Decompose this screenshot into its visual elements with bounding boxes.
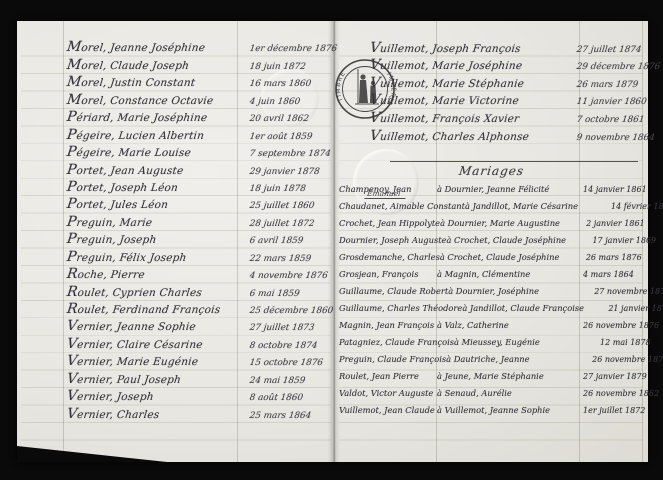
person-name: Preguin, Joseph (66, 231, 158, 247)
person-name: Portet, Jean Auguste (66, 162, 184, 178)
person-name: Roche, Pierre (66, 266, 146, 282)
groom-name: Patagniez, Claude François (339, 337, 454, 347)
person-name: Vernier, Claire Césarine (66, 336, 204, 352)
bride-name: à Senaud, Aurélie (437, 388, 512, 398)
person-name: Vuillemot, Joseph François (369, 40, 522, 56)
bride-name: à Jeune, Marie Stéphanie (437, 371, 544, 381)
record-date: 16 mars 1860 (249, 79, 312, 89)
marriage-records-list: Champenoy, Jean Emanuel à Dournier, Jean… (339, 181, 645, 419)
bride-name: à Vuillemot, Jeanne Sophie (437, 405, 550, 415)
marriage-date: 26 novembre 1876 (583, 321, 659, 330)
marriage-date: 4 mars 1864 (583, 270, 634, 279)
marriage-date: 26 novembre 1862 (583, 389, 659, 398)
marriage-date: 27 janvier 1879 (583, 372, 647, 381)
record-date: 6 avril 1859 (249, 236, 304, 246)
left-margin-rule (63, 21, 64, 462)
scan-corner-shadow (17, 446, 167, 462)
groom-name: Valdot, Victor Auguste (339, 388, 433, 398)
record-date: 7 octobre 1861 (576, 115, 645, 125)
record-date: 27 juillet 1874 (576, 45, 642, 55)
person-name: Roulet, Ferdinand François (66, 301, 221, 317)
vuillemot-records-list: Vuillemot, Joseph François 27 juillet 18… (369, 40, 645, 146)
record-row: Roulet, Cyprien Charles 6 mai 1859 (66, 284, 332, 301)
section-divider-line (390, 161, 638, 162)
person-name: Morel, Jeanne Joséphine (66, 39, 206, 55)
bride-name: à Magnin, Clémentine (437, 269, 530, 279)
marriage-row: Vuillemot, Jean Claude à Vuillemot, Jean… (339, 402, 645, 419)
marriage-date: 17 janvier 1869 (592, 236, 656, 245)
record-date: 8 octobre 1874 (249, 341, 318, 351)
record-date: 29 janvier 1878 (249, 167, 320, 177)
bride-name: à Dournier, Marie Augustine (440, 218, 560, 228)
record-row: Vuillemot, Charles Alphonse 9 novembre 1… (369, 128, 645, 146)
groom-name: Chaudanet, Aimable Constant (339, 201, 465, 211)
record-date: 8 août 1860 (249, 393, 304, 403)
groom-name: Preguin, Claude François (339, 354, 446, 364)
person-name: Pégeire, Lucien Albertin (66, 127, 205, 143)
person-name: Vuillemot, Charles Alphonse (369, 128, 530, 144)
groom-name: Guillaume, Claude Robert (339, 286, 448, 296)
bride-name: à Dournier, Joséphine (448, 286, 539, 296)
person-name: Pégeire, Marie Louise (66, 144, 192, 160)
record-date: 4 novembre 1876 (249, 271, 328, 281)
person-name: Preguin, Félix Joseph (66, 249, 188, 265)
record-date: 25 décembre 1860 (249, 306, 334, 316)
marriage-date: 12 mai 1878 (600, 338, 651, 347)
marriage-date: 1er juillet 1872 (583, 406, 645, 415)
bride-name: à Dournier, Jeanne Félicité (437, 184, 549, 194)
record-date: 20 avril 1862 (249, 114, 309, 124)
record-date: 11 janvier 1860 (576, 97, 647, 107)
record-date: 27 juillet 1873 (249, 323, 315, 333)
record-date: 1er août 1859 (249, 132, 313, 142)
record-date: 25 mars 1864 (249, 411, 312, 421)
record-date: 24 mai 1859 (249, 376, 306, 386)
groom-name: Magnin, Jean François (339, 320, 434, 330)
bride-name: à Jandillot, Marie Césarine (465, 201, 578, 211)
record-date: 26 mars 1879 (576, 80, 639, 90)
record-date: 15 octobre 1876 (249, 358, 324, 368)
record-date: 1er décembre 1876 (249, 44, 338, 54)
groom-name: Grosdemanche, Charles (339, 252, 440, 262)
person-name: Vernier, Paul Joseph (66, 371, 182, 387)
record-date: 25 juillet 1860 (249, 201, 315, 211)
groom-name: Roulet, Jean Pierre (339, 371, 419, 381)
bride-name: à Mieussey, Eugénie (454, 337, 540, 347)
person-name: Vernier, Marie Eugénie (66, 353, 199, 369)
marriage-date: 14 janvier 1861 (583, 185, 647, 194)
record-date: 4 juin 1860 (249, 97, 301, 107)
scanned-register-spread: Morel, Jeanne Joséphine 1er décembre 187… (0, 0, 663, 480)
person-name: Morel, Claude Joseph (66, 57, 190, 73)
marriage-date: 26 mars 1876 (586, 253, 642, 262)
person-name: Vuillemot, Marie Joséphine (369, 57, 523, 73)
marriage-date: 14 février 1862 (611, 202, 663, 211)
groom-name: Guillaume, Charles Théodore (339, 303, 462, 313)
person-name: Vernier, Jeanne Sophie (66, 318, 197, 334)
marriage-date: 2 janvier 1861 (586, 219, 645, 228)
record-date: 9 novembre 1864 (576, 133, 655, 143)
record-date: 29 décembre 1876 (576, 62, 661, 72)
record-date: 18 juin 1872 (249, 62, 306, 72)
record-date: 18 juin 1878 (249, 184, 306, 194)
bride-name: à Crochet, Claude Joséphine (446, 235, 566, 245)
record-date: 6 mai 1859 (249, 289, 300, 299)
person-name: Vuillemot, Marie Stéphanie (369, 75, 525, 91)
record-date: 28 juillet 1872 (249, 219, 315, 229)
person-name: Roulet, Cyprien Charles (66, 284, 203, 300)
groom-name: Grosjean, François (339, 269, 418, 279)
person-name: Vernier, Charles (66, 406, 160, 422)
groom-name: Vuillemot, Jean Claude (339, 405, 435, 415)
register-paper: Morel, Jeanne Joséphine 1er décembre 187… (17, 21, 648, 462)
groom-name: Dournier, Joseph Auguste (339, 235, 446, 245)
person-name: Vernier, Joseph (66, 388, 155, 404)
marriage-date: 27 novembre 1876 (594, 287, 663, 296)
person-name: Morel, Constance Octavie (66, 92, 214, 108)
record-date: 7 septembre 1874 (249, 149, 331, 159)
groom-name: Crochet, Jean Hippolyte (339, 218, 440, 228)
person-name: Portet, Joseph Léon (66, 179, 179, 195)
person-name: Preguin, Marie (66, 214, 153, 230)
bride-name: à Valz, Catherine (437, 320, 509, 330)
record-row: Vuillemot, Joseph François 27 juillet 18… (369, 40, 645, 58)
bride-name: à Crochet, Claude Joséphine (440, 252, 560, 262)
bride-name: à Jandillot, Claude Françoise (462, 303, 584, 313)
person-name: Périard, Marie Joséphine (66, 109, 208, 125)
person-name: Morel, Justin Constant (66, 74, 196, 90)
birth-records-list: Morel, Jeanne Joséphine 1er décembre 187… (66, 40, 332, 424)
person-name: Vuillemot, Marie Victorine (369, 92, 520, 108)
record-row: Vernier, Charles 25 mars 1864 (66, 406, 332, 423)
person-name: Vuillemot, François Xavier (369, 110, 520, 126)
marriage-date: 26 novembre 1876 (592, 355, 663, 364)
record-date: 22 mars 1859 (249, 254, 312, 264)
bride-name: à Dautriche, Jeanne (446, 354, 529, 364)
section-title: Mariages (339, 164, 645, 178)
person-name: Portet, Jules Léon (66, 196, 169, 212)
marriage-date: 21 janvier 1872 (608, 304, 663, 313)
